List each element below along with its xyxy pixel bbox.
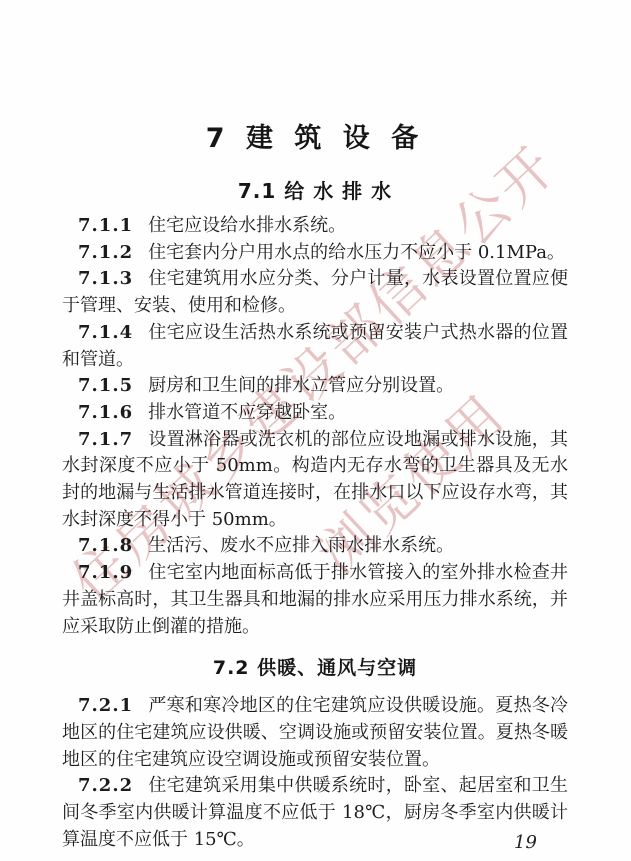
clause-7-1-7: 7.1.7设置淋浴器或洗衣机的部位应设地漏或排水设施，其水封深度不应小于 50m…: [62, 427, 568, 534]
document-page: 住房城乡建设部信息公开 浏览使用 7 建 筑 设 备 7.1 给 水 排 水 7…: [0, 0, 631, 861]
section-title-7-2: 7.2 供暖、通风与空调: [62, 653, 568, 680]
clause-text: 住宅应设给水排水系统。: [148, 215, 346, 236]
clause-number: 7.1.9: [78, 562, 133, 583]
clause-text: 住宅室内地面标高低于排水管接入的室外排水检查井井盖标高时，其卫生器具和地漏的排水…: [62, 562, 568, 636]
clause-number: 7.1.7: [78, 429, 133, 450]
clause-7-1-4: 7.1.4住宅应设生活热水系统或预留安装户式热水器的位置和管道。: [62, 320, 568, 373]
clause-7-1-3: 7.1.3住宅建筑用水应分类、分户计量，水表设置位置应便于管理、安装、使用和检修…: [62, 266, 568, 319]
clause-number: 7.2.1: [78, 695, 133, 716]
clause-text: 住宅建筑用水应分类、分户计量，水表设置位置应便于管理、安装、使用和检修。: [62, 268, 568, 316]
clause-number: 7.1.6: [78, 402, 133, 423]
clause-text: 严寒和寒冷地区的住宅建筑应设供暖设施。夏热冬冷地区的住宅建筑应设供暖、空调设施或…: [62, 695, 568, 769]
clause-7-1-9: 7.1.9住宅室内地面标高低于排水管接入的室外排水检查井井盖标高时，其卫生器具和…: [62, 560, 568, 640]
chapter-title: 7 建 筑 设 备: [62, 116, 568, 155]
clause-number: 7.2.2: [78, 775, 133, 796]
clause-text: 设置淋浴器或洗衣机的部位应设地漏或排水设施，其水封深度不应小于 50mm。构造内…: [62, 429, 568, 530]
clause-text: 排水管道不应穿越卧室。: [148, 402, 346, 423]
clause-7-2-1: 7.2.1严寒和寒冷地区的住宅建筑应设供暖设施。夏热冬冷地区的住宅建筑应设供暖、…: [62, 693, 568, 773]
section-title-7-1: 7.1 给 水 排 水: [62, 175, 568, 204]
clause-7-1-8: 7.1.8生活污、废水不应排入雨水排水系统。: [62, 533, 568, 560]
clause-text: 住宅套内分户用水点的给水压力不应小于 0.1MPa。: [148, 242, 565, 263]
clause-number: 7.1.8: [78, 535, 133, 556]
clause-number: 7.1.5: [78, 375, 133, 396]
clause-text: 生活污、废水不应排入雨水排水系统。: [148, 535, 454, 556]
clause-7-1-1: 7.1.1住宅应设给水排水系统。: [62, 213, 568, 240]
clause-7-1-6: 7.1.6排水管道不应穿越卧室。: [62, 400, 568, 427]
clause-number: 7.1.4: [78, 322, 133, 343]
clause-text: 住宅建筑采用集中供暖系统时，卧室、起居室和卫生间冬季室内供暖计算温度不应低于 1…: [62, 775, 568, 849]
clause-text: 住宅应设生活热水系统或预留安装户式热水器的位置和管道。: [62, 322, 568, 370]
clause-number: 7.1.3: [78, 268, 133, 289]
clause-7-1-5: 7.1.5厨房和卫生间的排水立管应分别设置。: [62, 373, 568, 400]
clause-7-2-2: 7.2.2住宅建筑采用集中供暖系统时，卧室、起居室和卫生间冬季室内供暖计算温度不…: [62, 773, 568, 853]
clause-number: 7.1.2: [78, 242, 133, 263]
clause-number: 7.1.1: [78, 215, 133, 236]
clause-7-1-2: 7.1.2住宅套内分户用水点的给水压力不应小于 0.1MPa。: [62, 240, 568, 267]
page-number: 19: [514, 832, 537, 853]
clause-text: 厨房和卫生间的排水立管应分别设置。: [148, 375, 454, 396]
page-content: 7 建 筑 设 备 7.1 给 水 排 水 7.1.1住宅应设给水排水系统。 7…: [62, 116, 568, 853]
